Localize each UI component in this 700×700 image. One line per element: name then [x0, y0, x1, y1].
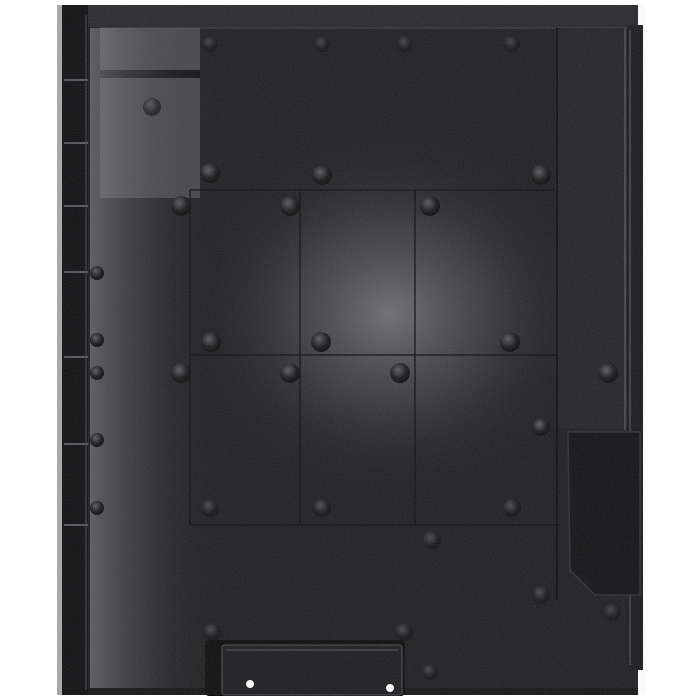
panel-photo: [0, 0, 700, 700]
texture-grain: [60, 5, 645, 695]
photo-stage: [0, 0, 700, 700]
